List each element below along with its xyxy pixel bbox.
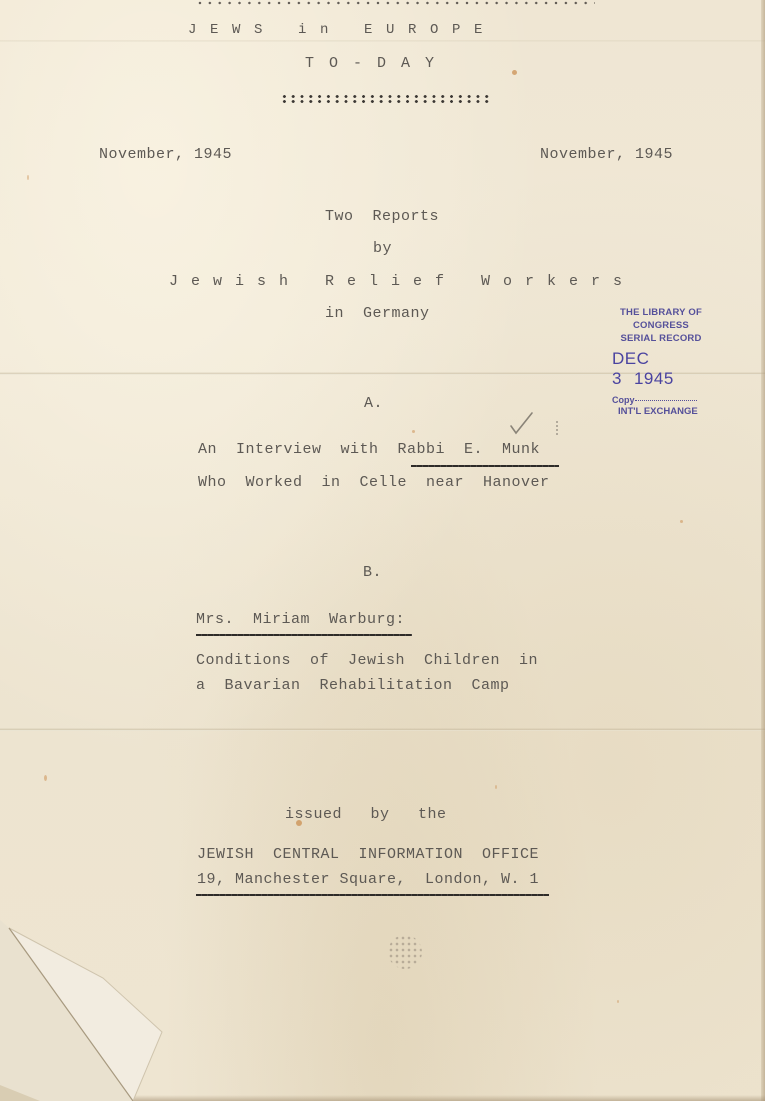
footer-underline xyxy=(196,894,549,896)
page-edge-right xyxy=(761,0,765,1101)
date-left: November, 1945 xyxy=(99,146,232,163)
title-by: by xyxy=(373,240,392,257)
folded-corner xyxy=(0,920,170,1101)
title-relief: R e l i e f xyxy=(325,273,446,290)
stain-spot xyxy=(27,175,29,180)
section-b-author: Mrs. Miriam Warburg: xyxy=(196,611,405,628)
stain-spot xyxy=(296,820,302,826)
title-in-germany: in Germany xyxy=(325,305,430,322)
stamp-line-congress: CONGRESS xyxy=(606,319,716,332)
document-page: J E W S i n E U R O P E T O - D A Y Nove… xyxy=(0,0,765,1101)
pencil-tick-marks xyxy=(556,420,558,436)
section-a-line1: An Interview with Rabbi E. Munk xyxy=(198,441,540,458)
stain-spot xyxy=(680,520,683,523)
stain-spot xyxy=(44,775,47,781)
section-a-author-name: Rabbi E. Munk xyxy=(398,441,541,458)
stamp-line-library: THE LIBRARY OF xyxy=(606,306,716,319)
section-b-label: B. xyxy=(363,564,382,581)
title-workers: W o r k e r s xyxy=(481,273,624,290)
stamp-copy-label: Copy xyxy=(612,395,635,405)
series-title: J E W S i n E U R O P E xyxy=(188,22,485,38)
fold-crease-top xyxy=(0,40,765,42)
series-subtitle: T O - D A Y xyxy=(305,55,437,72)
top-dotted-rule xyxy=(195,0,595,6)
date-right: November, 1945 xyxy=(540,146,673,163)
footer-issued-by: issued by the xyxy=(285,806,447,823)
title-two-reports: Two Reports xyxy=(325,208,439,225)
stamp-copy-blank xyxy=(635,400,697,401)
faint-stamp-impression xyxy=(388,935,422,969)
stain-spot xyxy=(495,785,497,789)
section-b-line1: Conditions of Jewish Children in xyxy=(196,652,538,669)
section-a-line2: Who Worked in Celle near Hanover xyxy=(198,474,550,491)
dotted-separator xyxy=(280,94,490,104)
section-b-author-underline xyxy=(196,634,412,636)
library-of-congress-stamp: THE LIBRARY OF CONGRESS SERIAL RECORD DE… xyxy=(606,306,716,418)
fold-crease-lower xyxy=(0,728,765,731)
stamp-line-serial-record: SERIAL RECORD xyxy=(606,332,716,345)
section-a-name-underline xyxy=(411,465,559,467)
stamp-date: DEC 31945 xyxy=(606,349,716,389)
stain-spot xyxy=(412,430,415,433)
section-a-intro: An Interview with xyxy=(198,441,398,458)
title-jewish: J e w i s h xyxy=(169,273,290,290)
stain-spot xyxy=(617,1000,619,1003)
stain-spot xyxy=(512,70,517,75)
stamp-copy-line: Copy xyxy=(606,395,716,406)
checkmark-icon xyxy=(508,410,534,436)
section-b-line2: a Bavarian Rehabilitation Camp xyxy=(196,677,510,694)
footer-organization: JEWISH CENTRAL INFORMATION OFFICE xyxy=(197,846,539,863)
section-a-label: A. xyxy=(364,395,383,412)
footer-address: 19, Manchester Square, London, W. 1 xyxy=(197,871,539,888)
stamp-exchange: INT'L EXCHANGE xyxy=(606,406,716,418)
stamp-date-year: 1945 xyxy=(634,369,674,388)
